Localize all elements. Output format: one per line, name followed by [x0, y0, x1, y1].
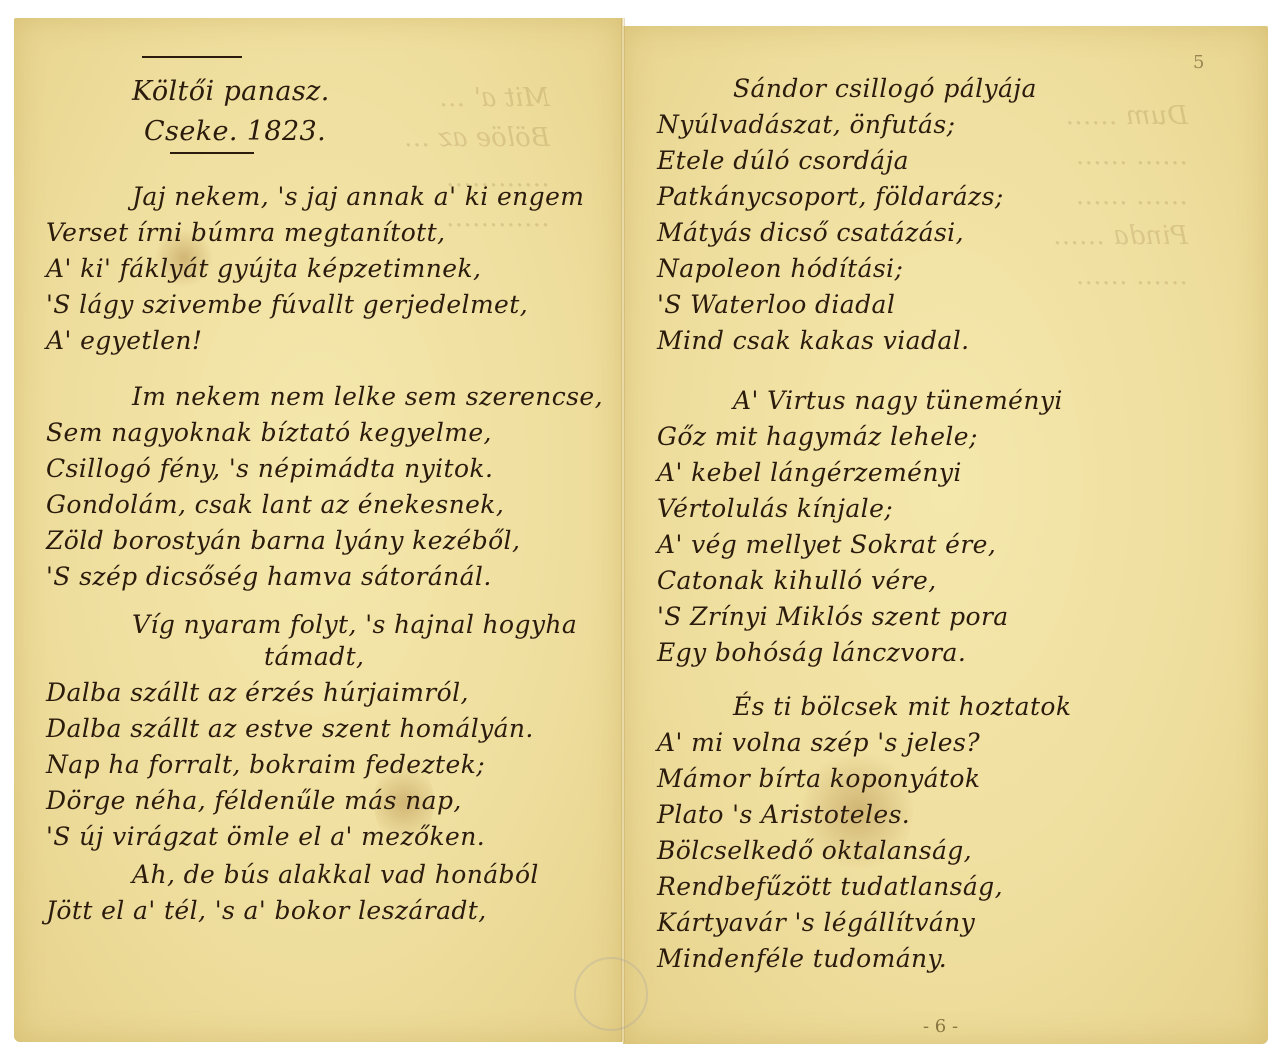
- poem-line: A' mi volna szép 's jeles?: [657, 728, 980, 757]
- poem-line: Kártyavár 's légállítvány: [657, 908, 975, 937]
- poem-title: Költői panasz.: [132, 76, 330, 107]
- poem-line: Mindenféle tudomány.: [657, 944, 947, 973]
- title-rule-bottom: [170, 152, 254, 154]
- poem-line: Nap ha forralt, bokraim fedeztek;: [46, 750, 485, 779]
- page-gutter: [621, 18, 625, 1042]
- poem-line: Im nekem nem lelke sem szerencse,: [132, 382, 603, 411]
- left-page: Mit a' … Bölöe az … ………… ………… Költői pan…: [14, 18, 623, 1042]
- poem-line: Catonak kihulló vére,: [657, 566, 937, 595]
- poem-line: Bölcselkedő oktalanság,: [657, 836, 972, 865]
- library-stamp: [574, 957, 648, 1031]
- bleed-through-text: Mit a' … Bölöe az … ………… …………: [404, 78, 550, 238]
- poem-line: Gőz mit hagymáz lehele;: [657, 422, 978, 451]
- bleed-through-text: Dum …… …… …… …… …… Pinda …… …… ……: [1053, 96, 1188, 296]
- poem-line: Dalba szállt az érzés húrjaimról,: [46, 678, 469, 707]
- poem-line: 'S lágy szivembe fúvallt gerjedelmet,: [46, 290, 528, 319]
- poem-line: Jött el a' tél, 's a' bokor leszáradt,: [46, 896, 487, 925]
- right-page: 5 Dum …… …… …… …… …… Pinda …… …… …… Sánd…: [623, 26, 1268, 1044]
- poem-line: támadt,: [264, 642, 364, 671]
- poem-line: Etele dúló csordája: [657, 146, 909, 175]
- poem-line: Patkánycsoport, földarázs;: [657, 182, 1004, 211]
- title-rule-top: [142, 56, 242, 58]
- page-number: - 6 -: [923, 1016, 958, 1037]
- folio-number: 5: [1193, 52, 1204, 73]
- poem-line: A' egyetlen!: [46, 326, 202, 355]
- poem-line: És ti bölcsek mit hoztatok: [733, 692, 1071, 721]
- poem-line: Sem nagyoknak bíztató kegyelme,: [46, 418, 492, 447]
- poem-line: Víg nyaram folyt, 's hajnal hogyha: [132, 610, 577, 639]
- poem-line: Vértolulás kínjale;: [657, 494, 893, 523]
- poem-line: Napoleon hódítási;: [657, 254, 903, 283]
- poem-line: Dörge néha, féldenűle más nap,: [46, 786, 462, 815]
- poem-line: Sándor csillogó pályája: [733, 74, 1037, 103]
- poem-line: Zöld borostyán barna lyány kezéből,: [46, 526, 520, 555]
- poem-line: A' ki' fáklyát gyújta képzetimnek,: [46, 254, 481, 283]
- poem-line: A' vég mellyet Sokrat ére,: [657, 530, 996, 559]
- place-date: Cseke. 1823.: [144, 116, 326, 147]
- poem-line: Egy bohóság lánczvora.: [657, 638, 966, 667]
- poem-line: A' kebel lángérzeményi: [657, 458, 962, 487]
- poem-line: 'S új virágzat ömle el a' mezőken.: [46, 822, 485, 851]
- manuscript-spread: Mit a' … Bölöe az … ………… ………… Költői pan…: [14, 12, 1268, 1042]
- poem-line: 'S szép dicsőség hamva sátoránál.: [46, 562, 492, 591]
- poem-line: Verset írni búmra megtanított,: [46, 218, 445, 247]
- poem-line: 'S Waterloo diadal: [657, 290, 895, 319]
- poem-line: 'S Zrínyi Miklós szent pora: [657, 602, 1009, 631]
- poem-line: Csillogó fény, 's népimádta nyitok.: [46, 454, 493, 483]
- poem-line: Jaj nekem, 's jaj annak a' ki engem: [132, 182, 584, 211]
- poem-line: Rendbefűzött tudatlanság,: [657, 872, 1003, 901]
- poem-line: Plato 's Aristoteles.: [657, 800, 910, 829]
- poem-line: Mámor bírta koponyátok: [657, 764, 980, 793]
- poem-line: Mind csak kakas viadal.: [657, 326, 969, 355]
- poem-line: A' Virtus nagy tüneményi: [733, 386, 1063, 415]
- poem-line: Mátyás dicső csatázási,: [657, 218, 964, 247]
- poem-line: Dalba szállt az estve szent homályán.: [46, 714, 534, 743]
- poem-line: Nyúlvadászat, önfutás;: [657, 110, 955, 139]
- poem-line: Gondolám, csak lant az énekesnek,: [46, 490, 504, 519]
- poem-line: Ah, de bús alakkal vad honából: [132, 860, 539, 889]
